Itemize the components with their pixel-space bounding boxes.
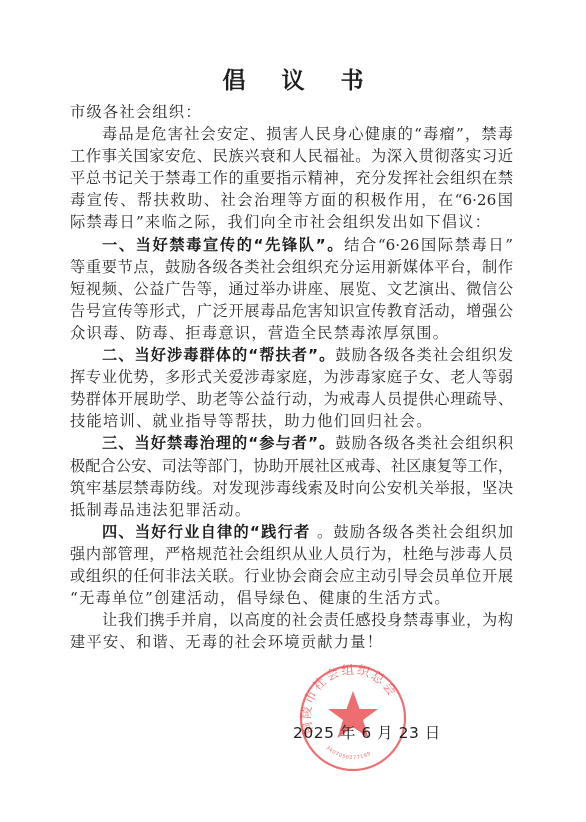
paragraph-line: 众识毒、防毒、拒毒意识，营造全民禁毒浓厚氛围。 [70,322,513,344]
paragraph-line: 让我们携手并肩，以高度的社会责任感投身禁毒事业，为构 [70,609,513,631]
section-heading: 三、当好禁毒治理的“参与者”。 [102,434,335,452]
paragraph-line: 技能培训、就业指导等帮扶，助力他们回归社会。 [70,410,513,432]
paragraph-lines: 毒品是危害社会安定、损害人民身心健康的“毒瘤”，禁毒工作事关国家安危、民族兴衰和… [70,123,513,653]
line-text: 鼓励各级各类社会组织积 [335,434,513,452]
line-text: 极配合公安、司法等部门，协助开展社区戒毒、社区康复等工作， [70,457,513,475]
paragraph-line: 强内部管理，严格规范社会组织从业人员行为，杜绝与涉毒人员 [70,543,513,565]
paragraph-line: 毒品是危害社会安定、损害人民身心健康的“毒瘤”，禁毒 [70,123,513,145]
line-text: 抵制毒品违法犯罪活动。 [70,501,251,519]
section-heading: 四、当好行业自律的“践行者 [102,523,317,541]
line-text: 建平安、和谐、无毒的社会环境贡献力量！ [70,633,383,651]
paragraph-line: 平总书记关于禁毒工作的重要指示精神，充分发挥社会组织在禁 [70,167,513,189]
paragraph-line: 毒宣传、帮扶救助、社会治理等方面的积极作用，在“6·26国 [70,189,513,211]
paragraph-line: 抵制毒品违法犯罪活动。 [70,499,513,521]
line-text: 鼓励各级各类社会组织发 [335,346,513,364]
paragraph-line: 工作事关国家安危、民族兴衰和人民福祉。为深入贯彻落实习近 [70,145,513,167]
paragraph-line: 极配合公安、司法等部门，协助开展社区戒毒、社区康复等工作， [70,455,513,477]
line-text: 让我们携手并肩，以高度的社会责任感投身禁毒事业，为构 [102,611,513,629]
line-text: 短视频、公益广告等，通过举办讲座、展览、文艺演出、微信公 [70,280,513,298]
date-year-unit: 年 [340,724,356,742]
date-year: 2025 [293,724,334,742]
line-text: 等重要节点，鼓励各级各类社会组织充分运用新媒体平台，制作 [70,258,513,276]
paragraph-line: 或组织的任何非法关联。行业协会商会应主动引导会员单位开展 [70,565,513,587]
line-text: 毒品是危害社会安定、损害人民身心健康的“毒瘤”，禁毒 [102,125,513,143]
line-text: 筑牢基层禁毒防线。对发现涉毒线索及时向公安机关举报，坚决 [70,479,513,497]
date-day-unit: 日 [425,724,441,742]
paragraph-line: 际禁毒日”来临之际，我们向全市社会组织发出如下倡议： [70,211,513,233]
paragraph-line: 势群体开展助学、助老等公益行动，为戒毒人员提供心理疏导、 [70,388,513,410]
line-text: 毒宣传、帮扶救助、社会治理等方面的积极作用，在“6·26国 [70,191,513,209]
line-text: 。鼓励各级各类社会组织加 [317,523,513,541]
section-heading-line: 二、当好涉毒群体的“帮扶者”。鼓励各级各类社会组织发 [70,344,513,366]
seal-code: 3407050277199 [324,745,372,761]
section-heading: 一、当好禁毒宣传的“先锋队”。 [102,236,344,254]
section-heading-line: 一、当好禁毒宣传的“先锋队”。结合“6·26国际禁毒日” [70,234,513,256]
document-body: 市级各社会组织： 毒品是危害社会安定、损害人民身心健康的“毒瘤”，禁毒工作事关国… [70,101,513,653]
paragraph-line: “无毒单位”创建活动，倡导绿色、健康的生活方式。 [70,587,513,609]
date-month-unit: 月 [377,724,393,742]
line-text: 强内部管理，严格规范社会组织从业人员行为，杜绝与涉毒人员 [70,545,513,563]
paragraph-line: 短视频、公益广告等，通过举办讲座、展览、文艺演出、微信公 [70,278,513,300]
line-text: 或组织的任何非法关联。行业协会商会应主动引导会员单位开展 [70,567,513,585]
section-heading-line: 四、当好行业自律的“践行者 。鼓励各级各类社会组织加 [70,521,513,543]
signature-date: 2025 年 6 月 23 日 [293,721,441,743]
line-text: 势群体开展助学、助老等公益行动，为戒毒人员提供心理疏导、 [70,390,513,408]
line-text: 告号宣传等形式，广泛开展毒品危害知识宣传教育活动，增强公 [70,302,513,320]
paragraph-line: 告号宣传等形式，广泛开展毒品危害知识宣传教育活动，增强公 [70,300,513,322]
official-seal: 铜陵市社会组织总会 3407050277199 [298,663,408,773]
salutation: 市级各社会组织： [70,101,513,123]
line-text: 众识毒、防毒、拒毒意识，营造全民禁毒浓厚氛围。 [70,324,449,342]
line-text: 挥专业优势，多形式关爱涉毒家庭，为涉毒家庭子女、老人等弱 [70,368,513,386]
line-text: “无毒单位”创建活动，倡导绿色、健康的生活方式。 [70,589,451,607]
paragraph-line: 挥专业优势，多形式关爱涉毒家庭，为涉毒家庭子女、老人等弱 [70,366,513,388]
line-text: 际禁毒日”来临之际，我们向全市社会组织发出如下倡议： [70,213,491,231]
document-title: 倡 议 书 [0,62,586,95]
section-heading-line: 三、当好禁毒治理的“参与者”。鼓励各级各类社会组织积 [70,432,513,454]
line-text: 平总书记关于禁毒工作的重要指示精神，充分发挥社会组织在禁 [70,169,513,187]
date-month: 6 [361,724,371,742]
svg-text:3407050277199: 3407050277199 [324,745,372,761]
line-text: 结合“6·26国际禁毒日” [344,236,513,254]
line-text: 技能培训、就业指导等帮扶，助力他们回归社会。 [70,412,433,430]
line-text: 工作事关国家安危、民族兴衰和人民福祉。为深入贯彻落实习近 [70,147,513,165]
paragraph-line: 建平安、和谐、无毒的社会环境贡献力量！ [70,631,513,653]
section-heading: 二、当好涉毒群体的“帮扶者”。 [102,346,335,364]
paragraph-line: 筑牢基层禁毒防线。对发现涉毒线索及时向公安机关举报，坚决 [70,477,513,499]
paragraph-line: 等重要节点，鼓励各级各类社会组织充分运用新媒体平台，制作 [70,256,513,278]
date-day: 23 [399,724,420,742]
